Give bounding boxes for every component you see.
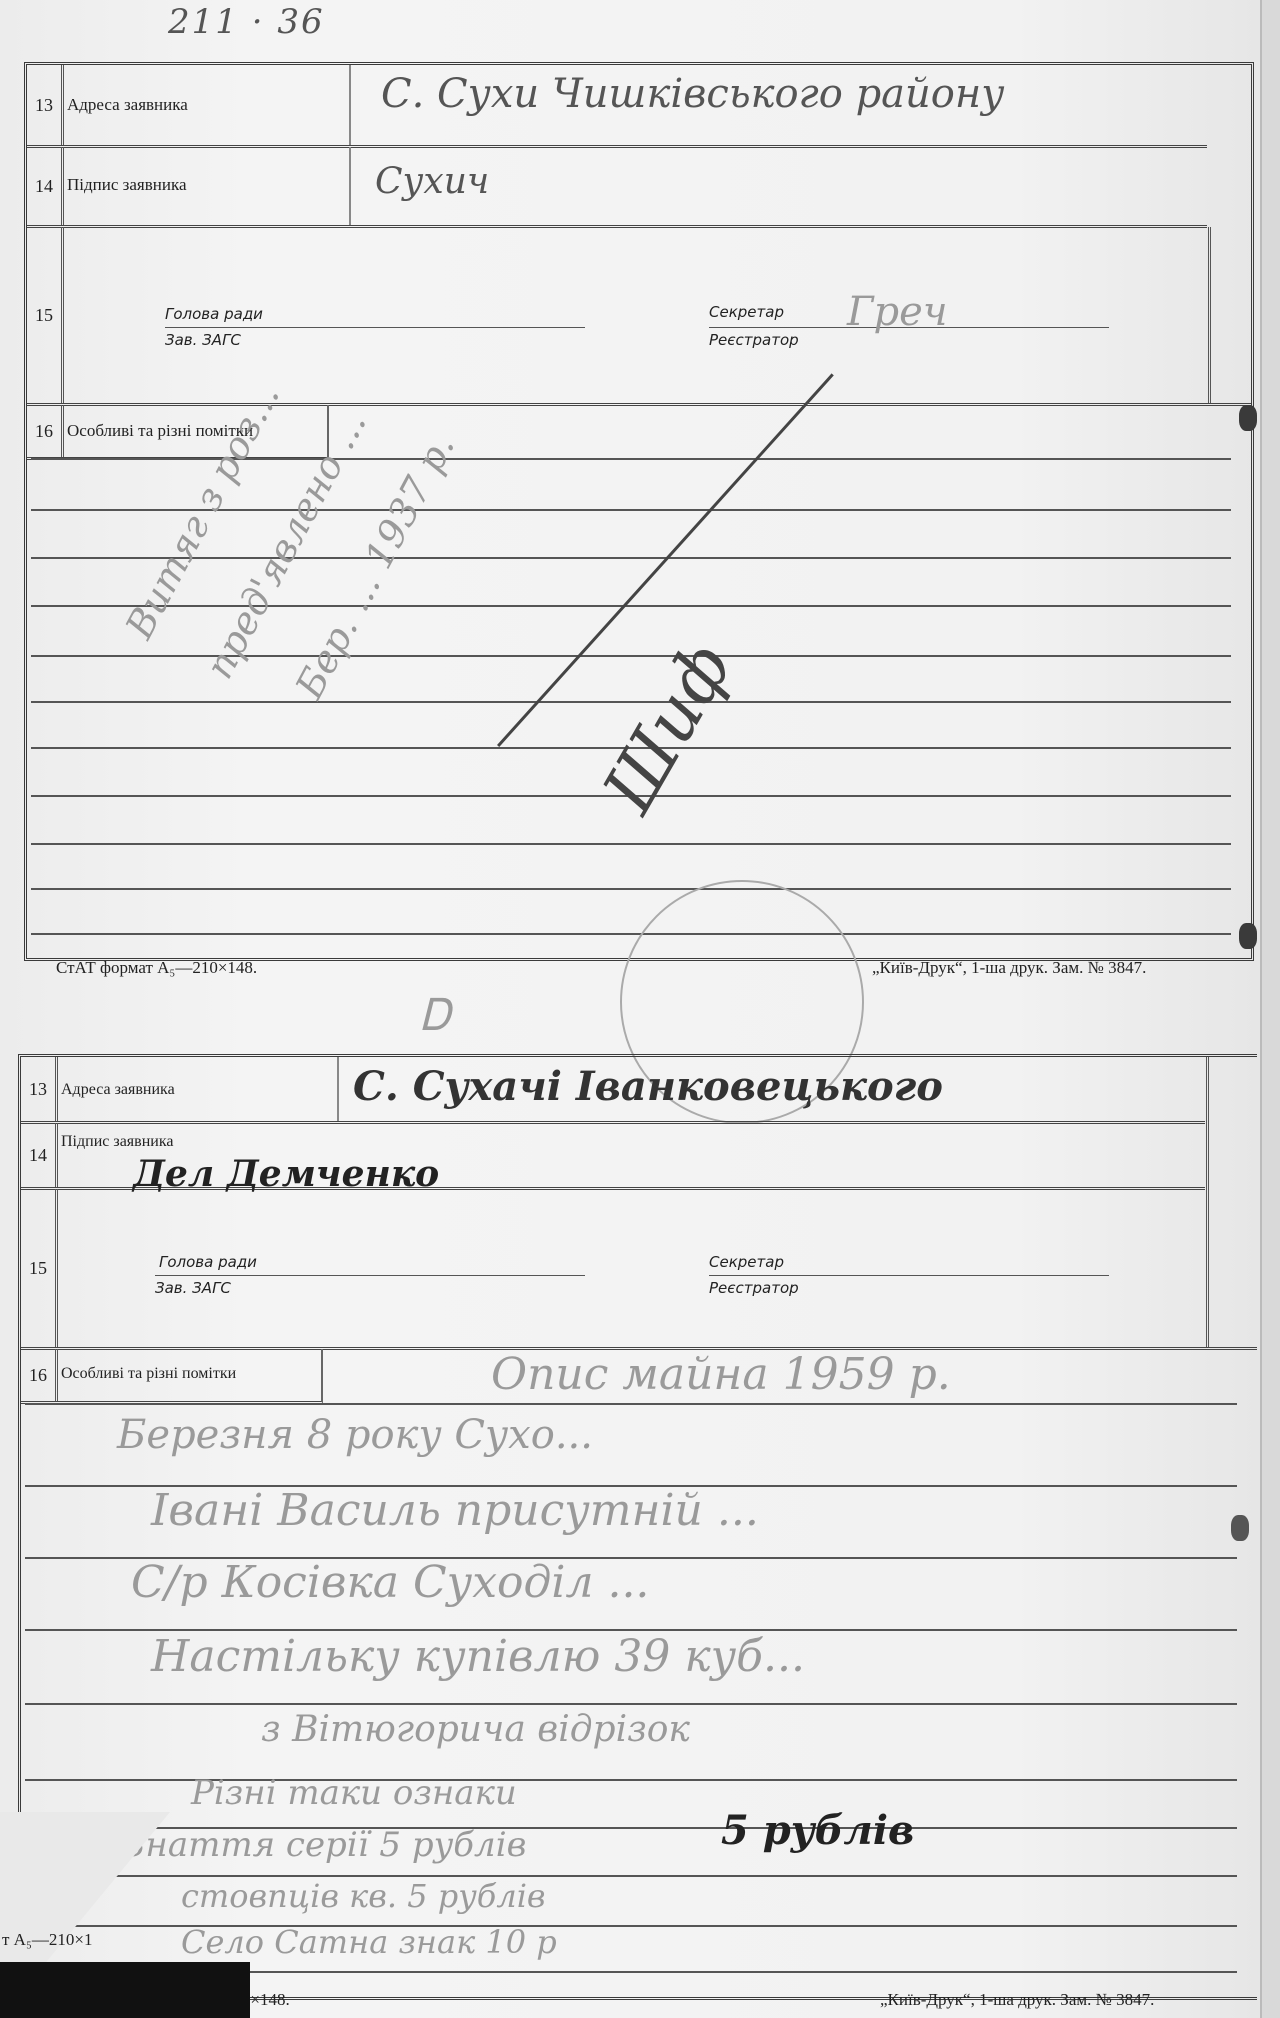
zags-head-label: Зав. ЗАГС [155, 1279, 231, 1297]
applicant-signature: Сухич [375, 161, 489, 202]
row-number: 15 [21, 1189, 58, 1347]
row-14: 14 Підпис заявника Сухич [27, 147, 1207, 228]
page-edge [1260, 0, 1280, 2018]
registrar-label: Реєстратор [709, 1279, 799, 1297]
torn-underlying-page: т А₅—210×1 [0, 1812, 250, 2018]
row-number: 13 [27, 65, 64, 145]
row-number: 14 [21, 1123, 58, 1187]
note-handwriting: С/р Косівка Суходіл ... [131, 1557, 649, 1608]
note-handwriting: з Вітюгорича відрізок [261, 1709, 690, 1750]
address-value-cell: С. Сухачі Іванковецького [337, 1057, 1205, 1121]
council-head-line [165, 327, 585, 328]
stamp-scribble: Ꭰ [420, 990, 450, 1041]
address-value: С. Сухачі Іванковецького [353, 1063, 943, 1110]
council-head-line [155, 1275, 585, 1276]
zags-head-label: Зав. ЗАГС [165, 331, 241, 349]
council-head-label: Голова ради [165, 305, 263, 323]
address-label: Адреса заявника [61, 1081, 175, 1099]
archive-number: 211 · 36 [168, 2, 325, 42]
ruled-line [31, 843, 1231, 845]
signature-label: Підпис заявника [67, 175, 187, 195]
signature-value-cell: Сухич [349, 147, 1207, 225]
row-number: 13 [21, 1057, 58, 1121]
registrar-label: Реєстратор [709, 331, 799, 349]
ruled-line [31, 701, 1231, 703]
overlay-amount: 5 рублів [721, 1807, 914, 1854]
secretary-signature: Греч [847, 289, 948, 335]
row-number: 15 [27, 227, 64, 403]
punch-hole [1239, 405, 1257, 431]
right-margin-divider [1206, 1057, 1209, 1347]
punch-hole [1239, 923, 1257, 949]
row-13: 13 Адреса заявника С. Сухачі Іванковецьк… [21, 1057, 1205, 1124]
ruled-line [31, 557, 1231, 559]
row-14: 14 Підпис заявника Дел Демченко [21, 1123, 1205, 1190]
row-15: 15 Голова ради Зав. ЗАГС Секретар Реєстр… [21, 1189, 1257, 1350]
dark-background [0, 1962, 250, 2018]
secretary-label: Секретар [709, 303, 784, 321]
note-handwriting: Настільку купівлю 39 куб... [151, 1631, 805, 1682]
note-handwriting: Різні таки ознаки [191, 1773, 517, 1813]
ruled-line [25, 1403, 1237, 1405]
registry-form-top: 13 Адреса заявника С. Сухи Чишківського … [24, 62, 1254, 961]
address-value: С. Сухи Чишківського району [381, 71, 1004, 117]
row-number: 16 [21, 1349, 58, 1401]
row-number: 14 [27, 147, 64, 225]
row-16: 16 Особливі та різні помітки [21, 1349, 323, 1404]
ruled-line [25, 1703, 1237, 1705]
ruled-line [31, 933, 1231, 935]
row-number: 16 [27, 405, 64, 457]
punch-hole [1231, 1515, 1249, 1541]
signature-label: Підпис заявника [61, 1133, 173, 1151]
printer-footer: „Київ-Друк“, 1-ша друк. Зам. № 3847. [880, 1990, 1154, 2010]
address-value-cell: С. Сухи Чишківського району [349, 65, 1207, 145]
council-head-label: Голова ради [159, 1253, 257, 1271]
form-spec-footer: СтАТ формат А₅—210×148. [56, 958, 257, 978]
ruled-line [31, 888, 1231, 890]
printer-footer: „Київ-Друк“, 1-ша друк. Зам. № 3847. [872, 958, 1146, 978]
ruled-line [31, 605, 1231, 607]
note-handwriting: Опис майна 1959 р. [491, 1349, 951, 1400]
secretary-label: Секретар [709, 1253, 784, 1271]
underlying-footer: т А₅—210×1 [2, 1930, 92, 1950]
note-handwriting: Івані Василь присутній ... [151, 1485, 759, 1536]
row-15: 15 Голова ради Зав. ЗАГС Секретар Реєстр… [27, 227, 1251, 406]
right-margin-divider [1208, 227, 1211, 403]
address-label: Адреса заявника [67, 95, 188, 115]
row-16: 16 Особливі та різні помітки [27, 405, 329, 460]
secretary-line [709, 1275, 1109, 1276]
row-13: 13 Адреса заявника С. Сухи Чишківського … [27, 65, 1207, 148]
notes-label: Особливі та різні помітки [61, 1365, 236, 1383]
note-handwriting: Березня 8 року Сухо... [117, 1412, 593, 1458]
